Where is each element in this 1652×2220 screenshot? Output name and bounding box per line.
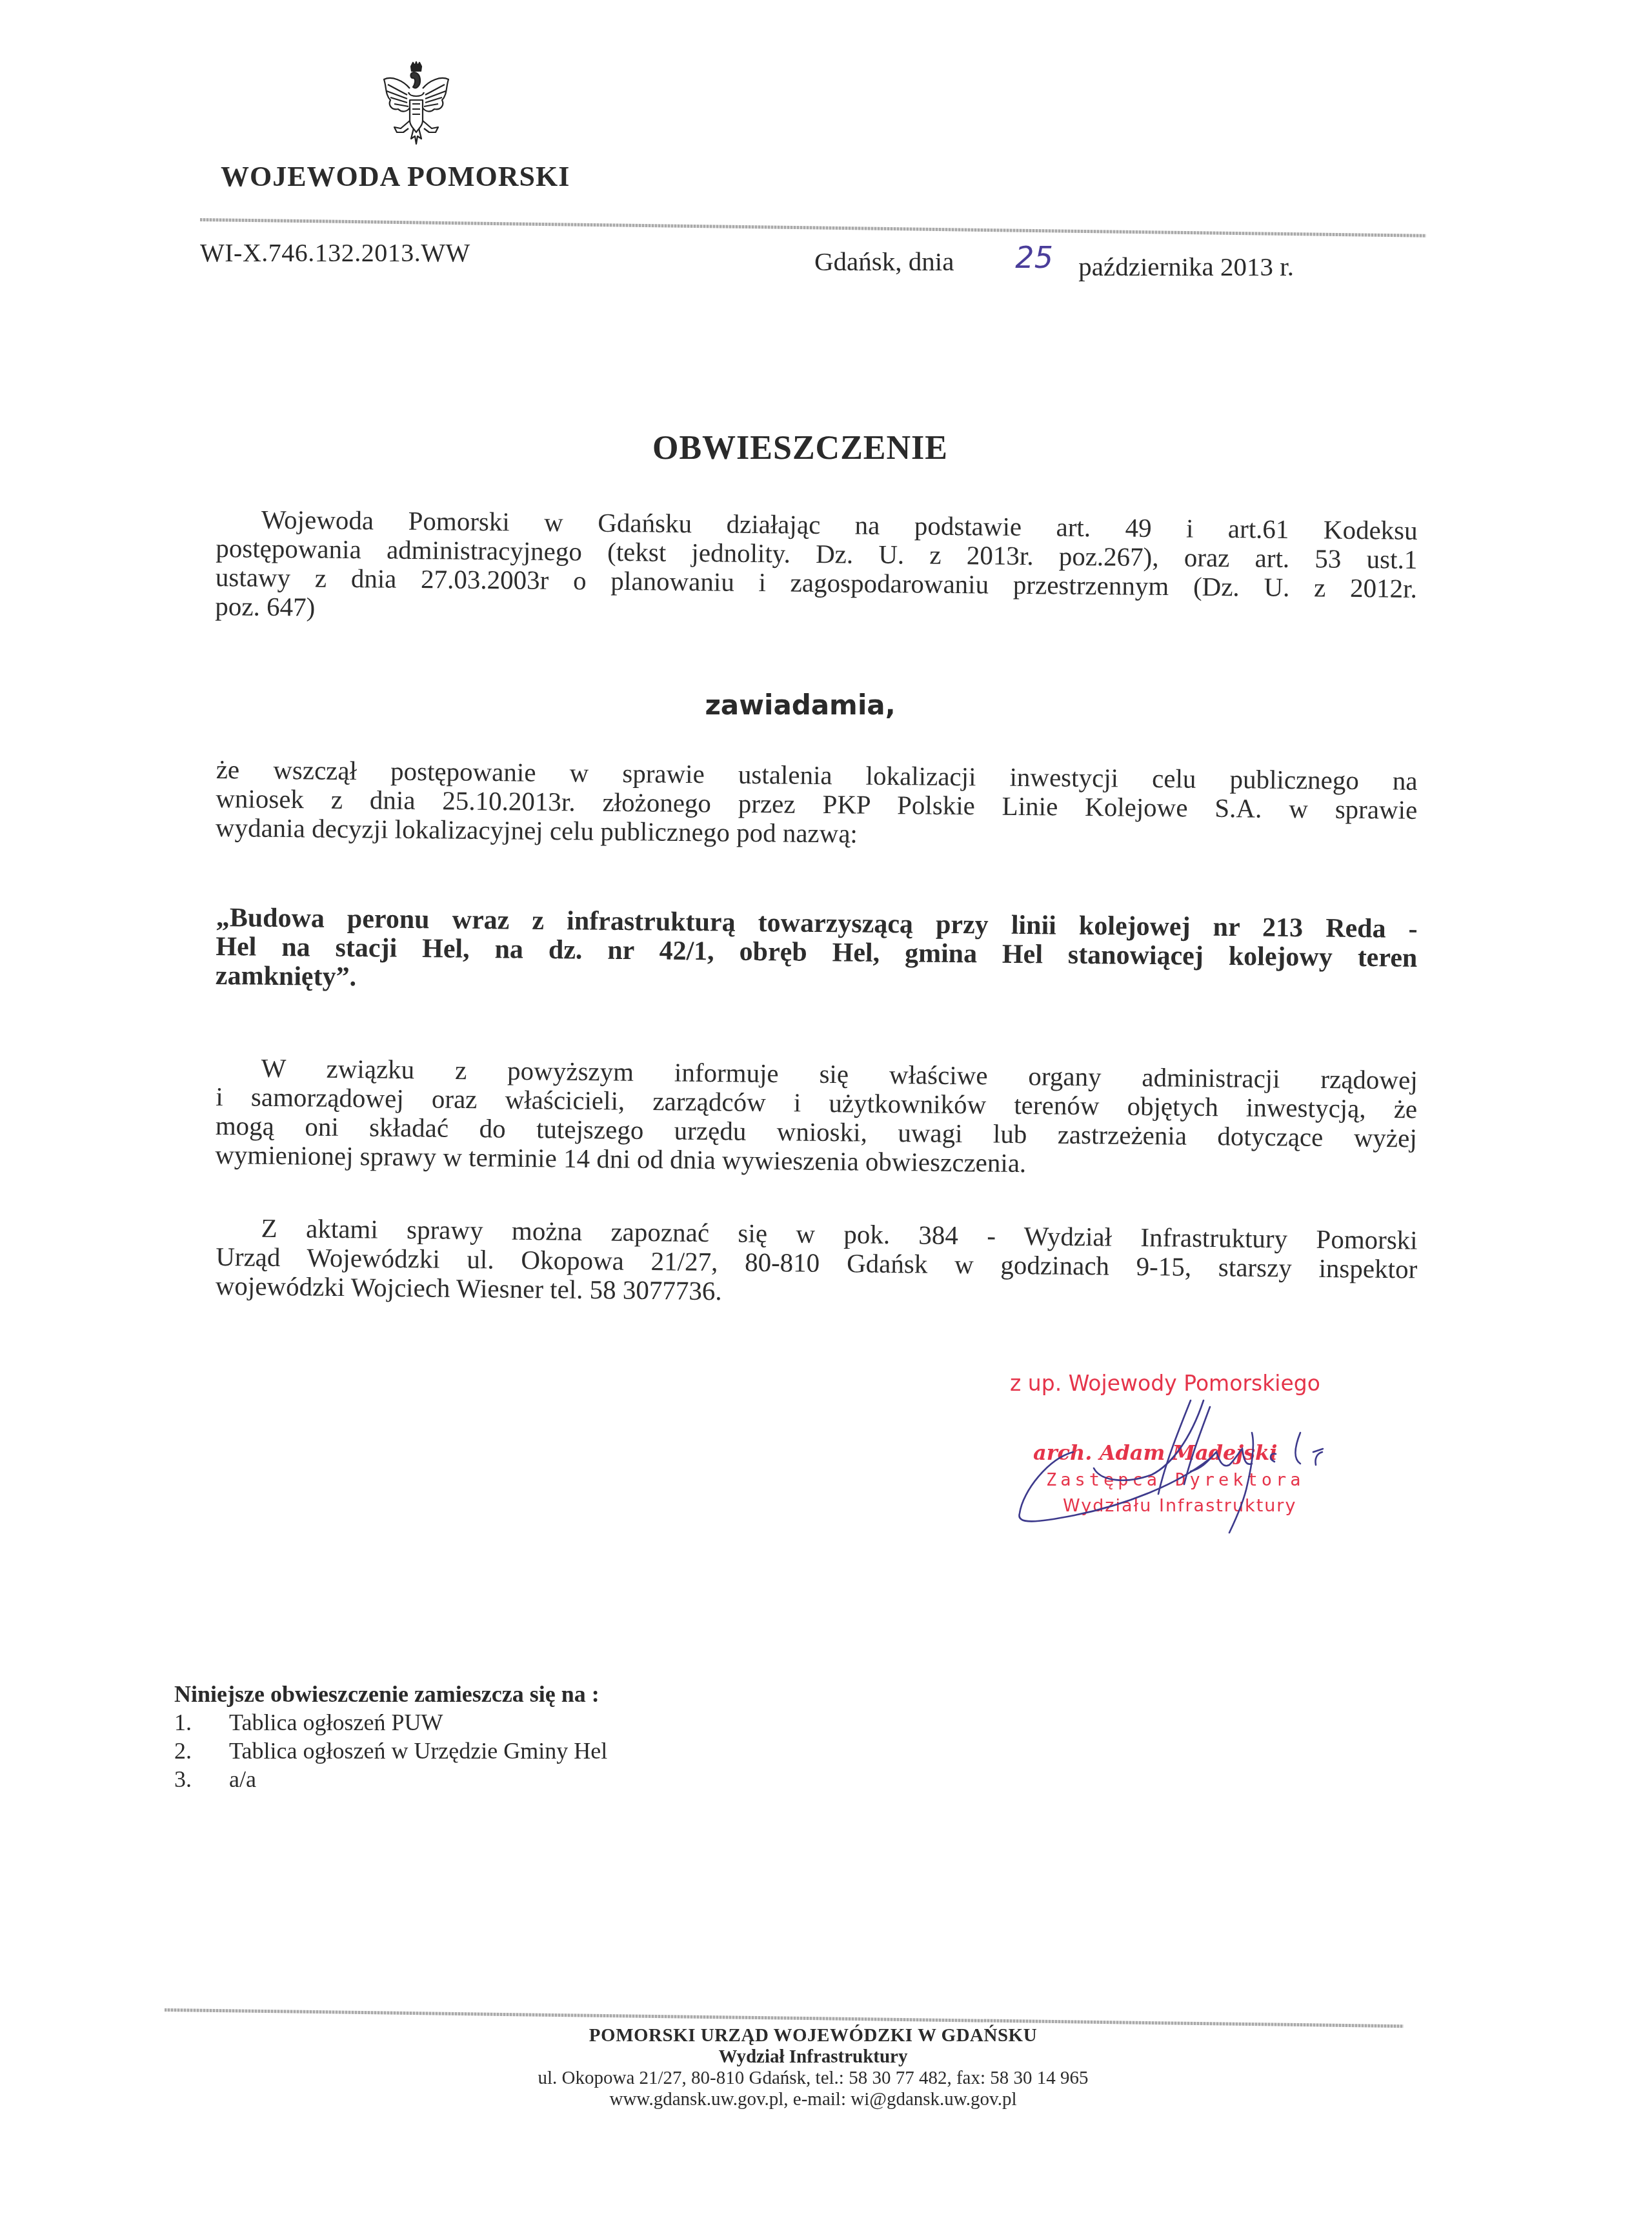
records-paragraph: Z aktami sprawy można zapoznać się w pok… [216, 1213, 1418, 1313]
issuer-title: WOJEWODA POMORSKI [221, 160, 570, 193]
list-item: 2. Tablica ogłoszeń w Urzędzie Gminy Hel [174, 1737, 607, 1765]
letterhead-footer: POMORSKI URZĄD WOJEWÓDZKI W GDAŃSKU Wydz… [0, 2025, 1626, 2110]
list-number: 3. [174, 1765, 229, 1793]
placement-list: 1. Tablica ogłoszeń PUW 2. Tablica ogłos… [174, 1708, 607, 1793]
footer-address: ul. Okopowa 21/27, 80-810 Gdańsk, tel.: … [0, 2068, 1626, 2089]
list-number: 1. [174, 1708, 229, 1737]
list-item: 1. Tablica ogłoszeń PUW [174, 1708, 607, 1737]
header-divider [200, 218, 1426, 237]
document-date: Gdańsk, dnia25października 2013 r. [814, 243, 1294, 277]
list-text: a/a [229, 1765, 256, 1793]
footer-web-email: www.gdansk.uw.gov.pl, e-mail: wi@gdansk.… [0, 2089, 1626, 2110]
placement-section: Niniejsze obwieszczenie zamieszcza się n… [174, 1680, 607, 1793]
handwritten-signature-icon [997, 1362, 1384, 1555]
date-month-year: października 2013 r. [1078, 251, 1294, 282]
date-place: Gdańsk, dnia [814, 246, 954, 277]
information-paragraph: W związku z powyższym informuje się właś… [215, 1053, 1418, 1182]
footer-organization: POMORSKI URZĄD WOJEWÓDZKI W GDAŃSKU [0, 2025, 1626, 2046]
reference-number: WI-X.746.132.2013.WW [200, 237, 470, 268]
document-title: OBWIESZCZENIE [0, 429, 1600, 467]
list-text: Tablica ogłoszeń w Urzędzie Gminy Hel [229, 1737, 607, 1765]
project-name: „Budowa peronu wraz z infrastrukturą tow… [216, 903, 1418, 1002]
list-text: Tablica ogłoszeń PUW [229, 1708, 443, 1737]
date-day-handwritten: 25 [1015, 240, 1067, 275]
polish-eagle-emblem-icon [378, 61, 455, 152]
placement-heading: Niniejsze obwieszczenie zamieszcza się n… [174, 1680, 607, 1708]
announcement-heading: zawiadamia, [0, 689, 1600, 721]
procedure-paragraph: że wszczął postępowanie w sprawie ustale… [216, 755, 1418, 854]
list-item: 3. a/a [174, 1765, 607, 1793]
footer-department: Wydział Infrastruktury [0, 2046, 1626, 2068]
intro-paragraph: Wojewoda Pomorski w Gdańsku działając na… [215, 505, 1418, 632]
official-stamp: z up. Wojewody Pomorskiego arch. Adam Ma… [997, 1362, 1384, 1555]
list-number: 2. [174, 1737, 229, 1765]
